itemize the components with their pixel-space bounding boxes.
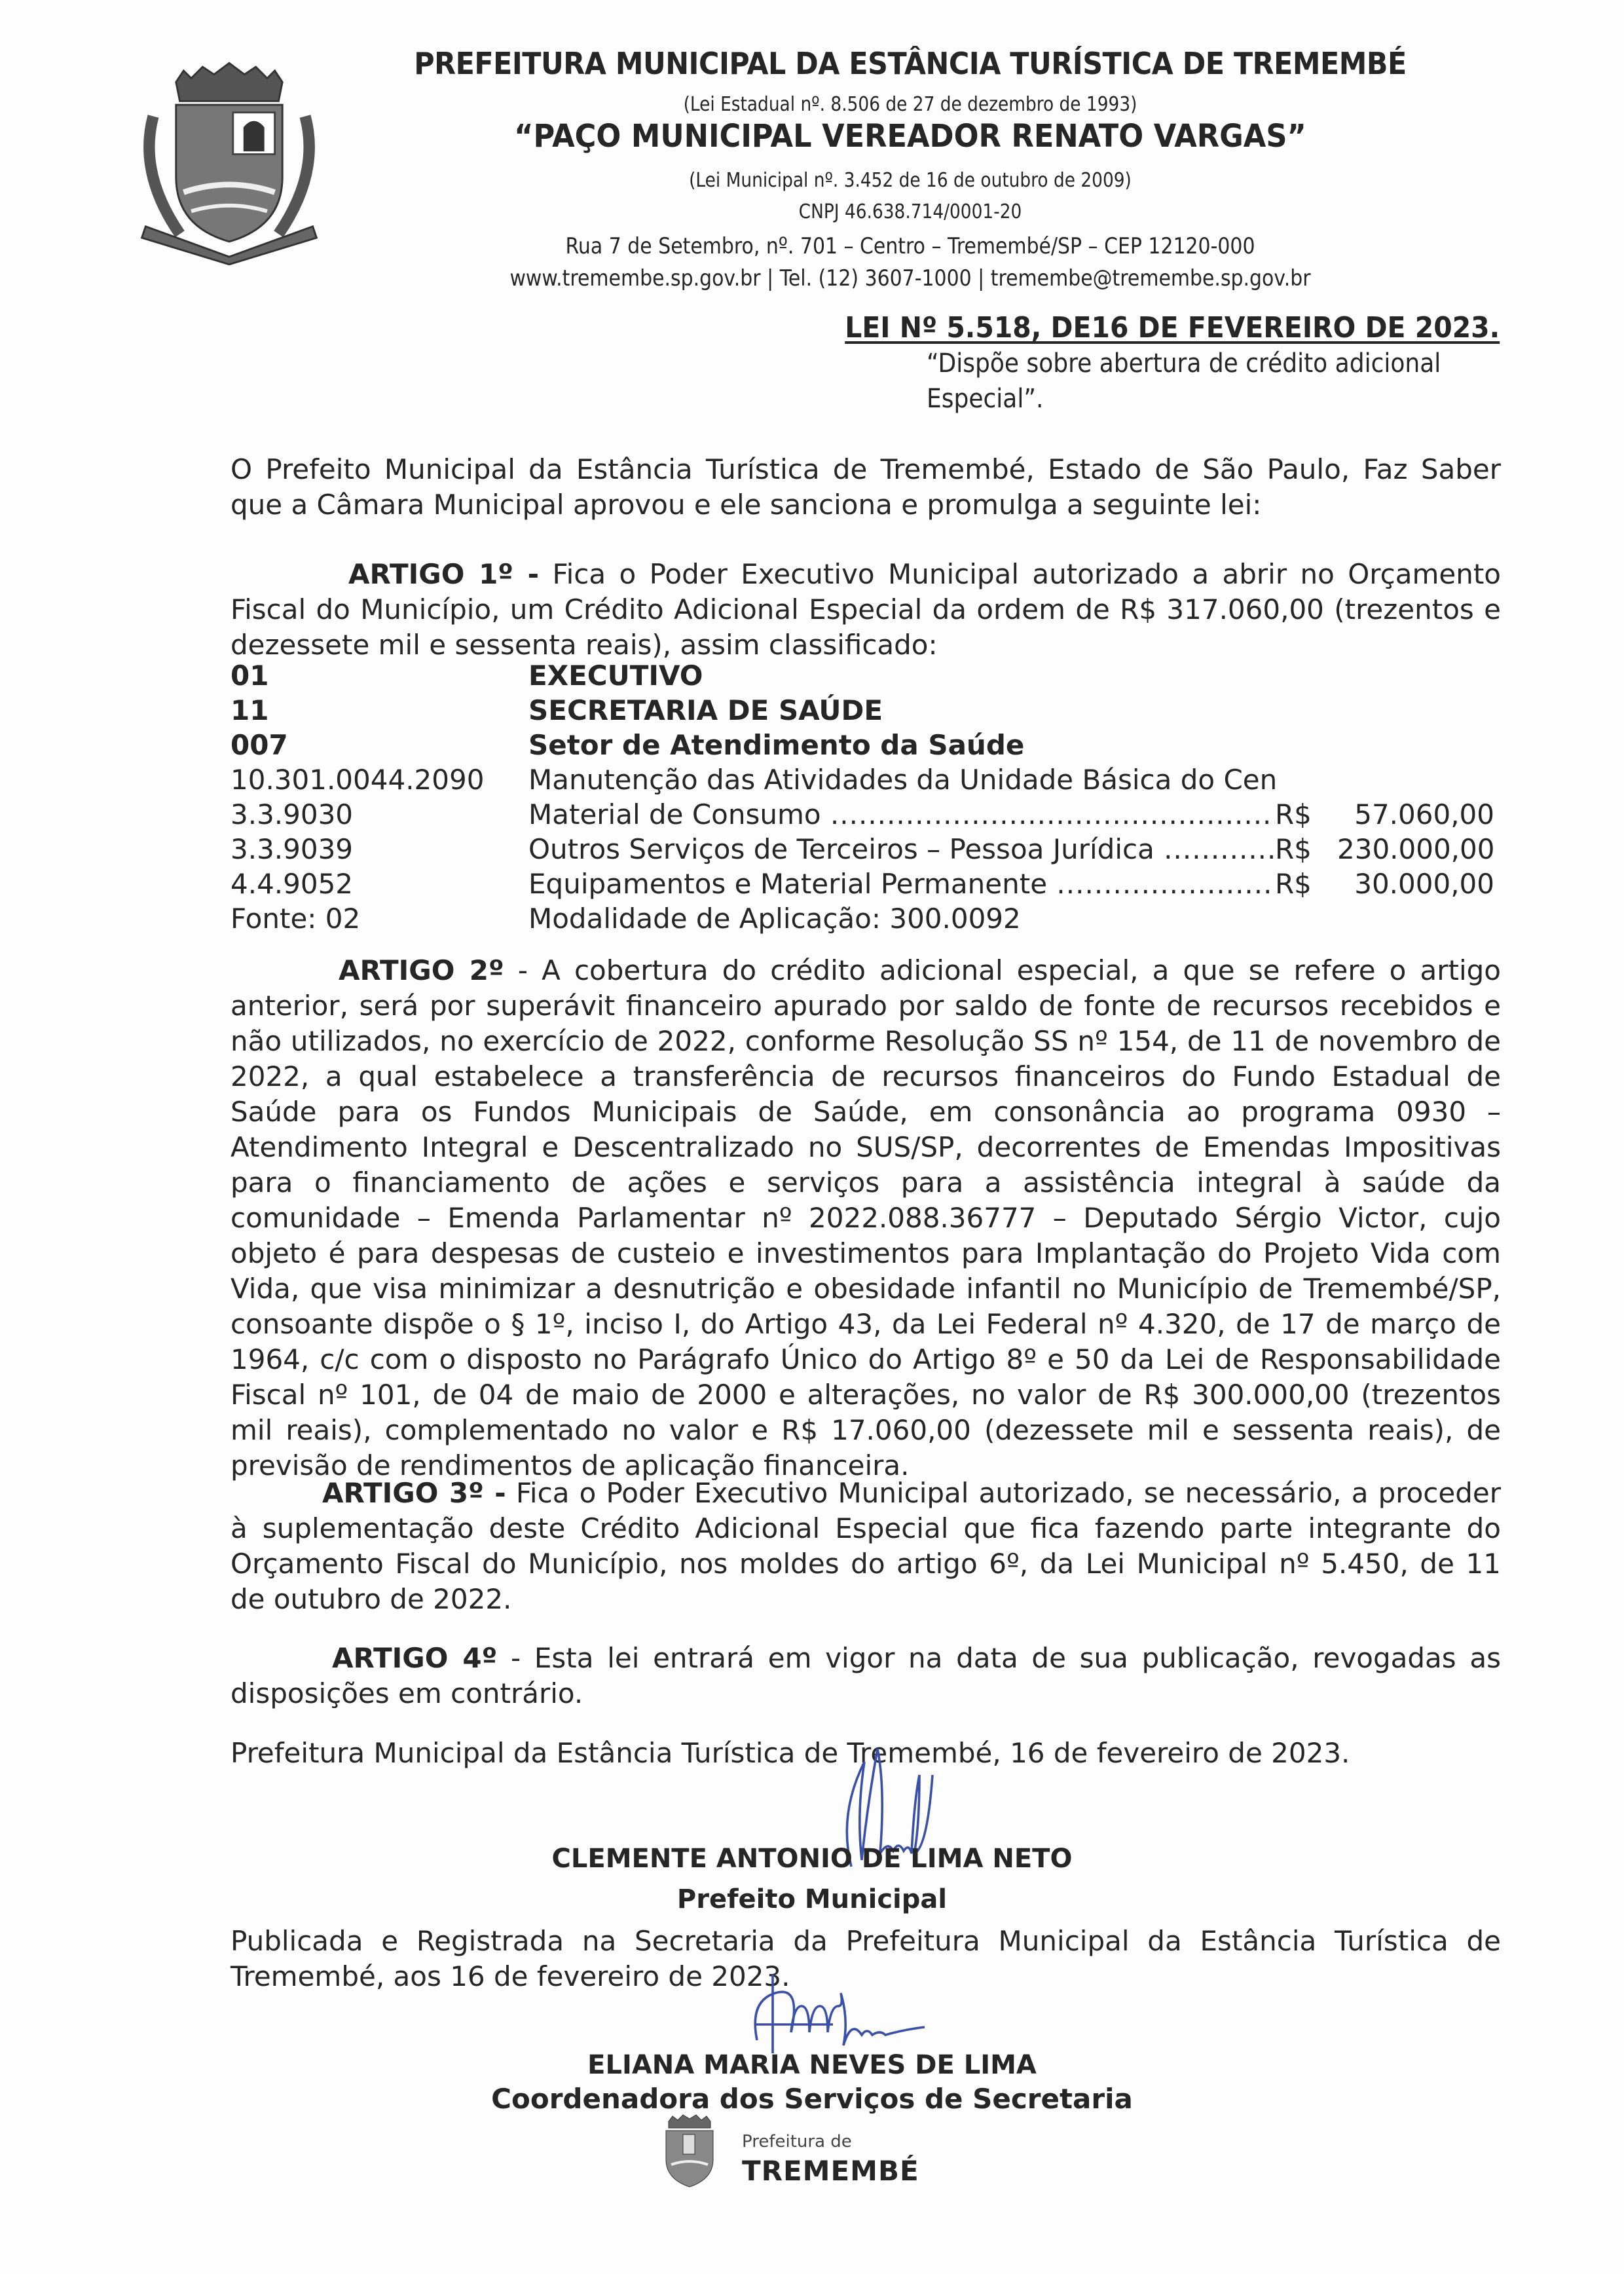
classification-description: Material de Consumo [528, 797, 1275, 832]
classification-currency [1275, 762, 1337, 797]
classification-row: 4.4.9052Equipamentos e Material Permanen… [231, 867, 1501, 901]
classification-row: 11SECRETARIA DE SAÚDE [231, 693, 1501, 728]
classification-amount: 230.000,00 [1337, 832, 1494, 867]
classification-row: 01EXECUTIVO [231, 658, 1501, 693]
signatory-1-role: Prefeito Municipal [0, 1884, 1624, 1914]
classification-code: 3.3.9039 [231, 832, 528, 867]
classification-amount [1337, 728, 1494, 762]
article-label: ARTIGO 1º - [348, 558, 539, 590]
signatory-2-role: Coordenadora dos Serviços de Secretaria [0, 2083, 1624, 2115]
classification-currency [1275, 901, 1337, 936]
classification-description: EXECUTIVO [528, 658, 1275, 693]
classification-code: 10.301.0044.2090 [231, 762, 528, 797]
classification-row: 007Setor de Atendimento da Saúde [231, 728, 1501, 762]
intro-paragraph: O Prefeito Municipal da Estância Turísti… [231, 452, 1501, 523]
document-page: PREFEITURA MUNICIPAL DA ESTÂNCIA TURÍSTI… [0, 0, 1624, 2274]
article-1: ARTIGO 1º - Fica o Poder Executivo Munic… [231, 557, 1501, 663]
classification-description: SECRETARIA DE SAÚDE [528, 693, 1275, 728]
classification-description: Modalidade de Aplicação: 300.0092 [528, 901, 1275, 936]
classification-description: Outros Serviços de Terceiros – Pessoa Ju… [528, 832, 1275, 867]
header-title: PREFEITURA MUNICIPAL DA ESTÂNCIA TURÍSTI… [380, 46, 1440, 81]
classification-row: Fonte: 02Modalidade de Aplicação: 300.00… [231, 901, 1501, 936]
classification-description: Equipamentos e Material Permanente [528, 867, 1275, 901]
coat-of-arms-icon [134, 59, 324, 269]
classification-amount [1337, 762, 1494, 797]
classification-amount [1337, 901, 1494, 936]
signatory-2-name: ELIANA MARIA NEVES DE LIMA [0, 2050, 1624, 2080]
classification-currency [1275, 728, 1337, 762]
classification-description: Setor de Atendimento da Saúde [528, 728, 1275, 762]
article-2: ARTIGO 2º - A cobertura do crédito adici… [231, 953, 1501, 1483]
classification-code: 4.4.9052 [231, 867, 528, 901]
classification-amount: 57.060,00 [1337, 797, 1494, 832]
coat-of-arms-icon [657, 2112, 722, 2191]
signatory-1-name: CLEMENTE ANTONIO DE LIMA NETO [0, 1844, 1624, 1874]
classification-currency [1275, 658, 1337, 693]
classification-currency: R$ [1275, 797, 1337, 832]
budget-classification-table: 01EXECUTIVO11SECRETARIA DE SAÚDE007Setor… [231, 658, 1501, 936]
article-label: ARTIGO 2º [339, 954, 504, 986]
classification-row: 3.3.9039Outros Serviços de Terceiros – P… [231, 832, 1501, 867]
footer-brand-line2: TREMEMBÉ [742, 2155, 919, 2187]
header-municipal-law: (Lei Municipal nº. 3.452 de 16 de outubr… [409, 169, 1411, 192]
classification-row: 10.301.0044.2090Manutenção das Atividade… [231, 762, 1501, 797]
classification-amount: 30.000,00 [1337, 867, 1494, 901]
classification-currency: R$ [1275, 867, 1337, 901]
classification-code: Fonte: 02 [231, 901, 528, 936]
header-address: Rua 7 de Setembro, nº. 701 – Centro – Tr… [409, 233, 1411, 259]
article-text: - A cobertura do crédito adicional espec… [231, 954, 1501, 1482]
header-cnpj: CNPJ 46.638.714/0001-20 [409, 200, 1411, 223]
classification-amount [1337, 658, 1494, 693]
classification-row: 3.3.9030Material de ConsumoR$57.060,00 [231, 797, 1501, 832]
article-label: ARTIGO 3º - [322, 1477, 506, 1509]
header-building-name: “PAÇO MUNICIPAL VEREADOR RENATO VARGAS” [380, 118, 1440, 155]
classification-currency [1275, 693, 1337, 728]
footer-brand-line1: Prefeitura de [742, 2132, 852, 2152]
law-title: LEI Nº 5.518, DE16 DE FEVEREIRO DE 2023. [845, 311, 1500, 345]
classification-code: 007 [231, 728, 528, 762]
article-3: ARTIGO 3º - Fica o Poder Executivo Munic… [231, 1476, 1501, 1617]
classification-code: 11 [231, 693, 528, 728]
classification-code: 3.3.9030 [231, 797, 528, 832]
article-4: ARTIGO 4º - Esta lei entrará em vigor na… [231, 1641, 1501, 1711]
classification-code: 01 [231, 658, 528, 693]
header-state-law: (Lei Estadual nº. 8.506 de 27 de dezembr… [409, 93, 1411, 116]
article-label: ARTIGO 4º [332, 1642, 497, 1674]
header-contact[interactable]: www.tremembe.sp.gov.br | Tel. (12) 3607-… [409, 265, 1411, 291]
classification-currency: R$ [1275, 832, 1337, 867]
law-ementa: “Dispõe sobre abertura de crédito adicio… [927, 346, 1445, 417]
classification-description: Manutenção das Atividades da Unidade Bás… [528, 762, 1275, 797]
classification-amount [1337, 693, 1494, 728]
